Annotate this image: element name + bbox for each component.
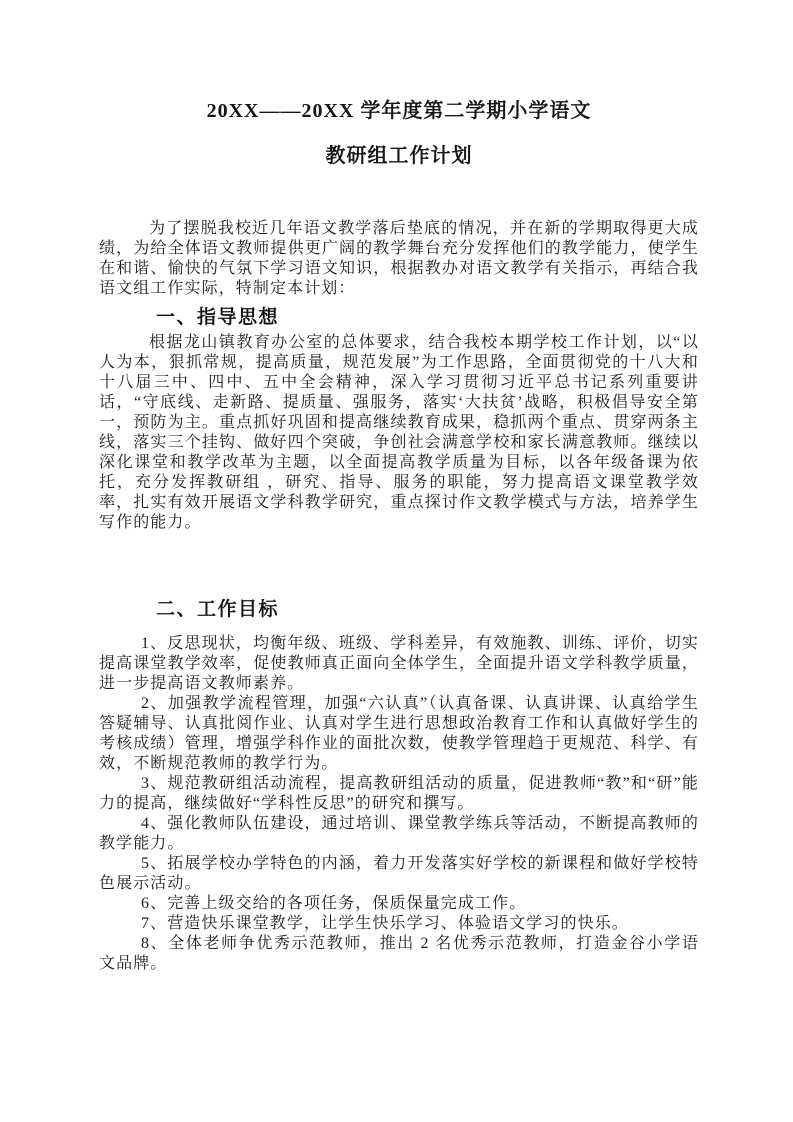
section-2-heading: 二、工作目标 bbox=[99, 598, 699, 622]
section-guiding-ideology: 一、指导思想 根据龙山镇教育办公室的总体要求，结合我校本期学校工作计划，以“以人… bbox=[99, 306, 699, 533]
title-line-1: 20XX——20XX 学年度第二学期小学语文 bbox=[99, 100, 699, 122]
goal-item-6: 6、完善上级交给的各项任务，保质保量完成工作。 bbox=[99, 894, 699, 914]
goal-item-8: 8、全体老师争优秀示范教师，推出 2 名优秀示范教师，打造金谷小学语文品牌。 bbox=[99, 934, 699, 974]
section-1-heading: 一、指导思想 bbox=[99, 306, 699, 330]
goal-item-2: 2、加强教学流程管理，加强“六认真”（认真备课、认真讲课、认真给学生答疑辅导、认… bbox=[99, 694, 699, 774]
goal-item-7: 7、营造快乐课堂教学，让学生快乐学习、体验语文学习的快乐。 bbox=[99, 914, 699, 934]
intro-paragraph: 为了摆脱我校近几年语文教学落后垫底的情况，并在新的学期取得更大成绩，为给全体语文… bbox=[99, 219, 699, 299]
goal-item-1: 1、反思现状，均衡年级、班级、学科差异，有效施教、训练、评价，切实提高课堂教学效… bbox=[99, 634, 699, 694]
goal-item-5: 5、拓展学校办学特色的内涵，着力开发落实好学校的新课程和做好学校特色展示活动。 bbox=[99, 854, 699, 894]
document-content: 20XX——20XX 学年度第二学期小学语文 教研组工作计划 为了摆脱我校近几年… bbox=[99, 0, 699, 974]
goal-item-3: 3、规范教研组活动流程，提高教研组活动的质量，促进教师“教”和“研”能力的提高，… bbox=[99, 774, 699, 814]
section-work-goals: 二、工作目标 1、反思现状，均衡年级、班级、学科差异，有效施教、训练、评价，切实… bbox=[99, 598, 699, 974]
goal-item-4: 4、强化教师队伍建设，通过培训、课堂教学练兵等活动，不断提高教师的教学能力。 bbox=[99, 814, 699, 854]
goal-list: 1、反思现状，均衡年级、班级、学科差异，有效施教、训练、评价，切实提高课堂教学效… bbox=[99, 634, 699, 974]
section-1-paragraph: 根据龙山镇教育办公室的总体要求，结合我校本期学校工作计划，以“以人为本，狠抓常规… bbox=[99, 333, 699, 533]
title-line-2: 教研组工作计划 bbox=[99, 145, 699, 167]
document-title: 20XX——20XX 学年度第二学期小学语文 教研组工作计划 bbox=[99, 100, 699, 167]
document-page: 20XX——20XX 学年度第二学期小学语文 教研组工作计划 为了摆脱我校近几年… bbox=[0, 0, 793, 1122]
